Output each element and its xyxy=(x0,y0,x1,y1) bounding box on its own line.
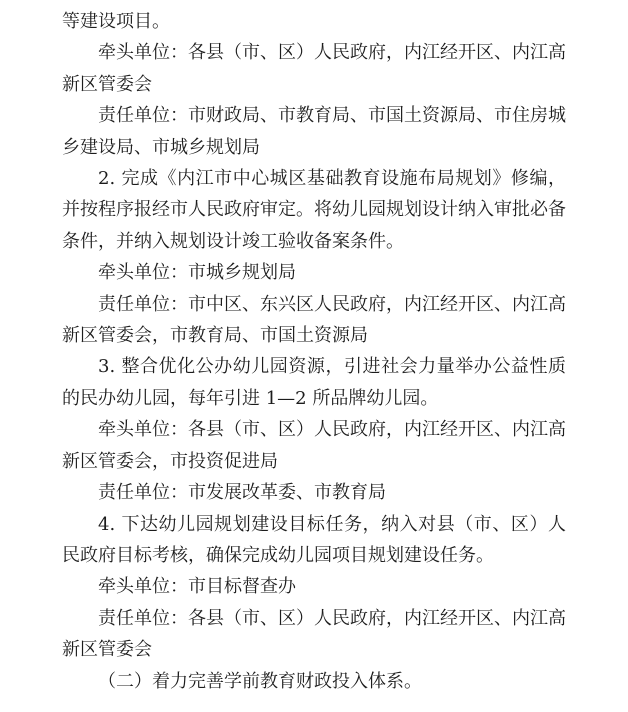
document-text-block: 等建设项目。 牵头单位：各县（市、区）人民政府，内江经开区、内江高新区管委会 责… xyxy=(62,6,566,697)
paragraph-responsible-unit: 责任单位：市财政局、市教育局、市国土资源局、市住房城乡建设局、市城乡规划局 xyxy=(62,100,566,163)
paragraph-item-4: 4. 下达幼儿园规划建设目标任务，纳入对县（市、区）人民政府目标考核，确保完成幼… xyxy=(62,509,566,572)
paragraph-lead-unit: 牵头单位：市目标督查办 xyxy=(62,571,566,602)
paragraph-item-2: 2. 完成《内江市中心城区基础教育设施布局规划》修编，并按程序报经市人民政府审定… xyxy=(62,163,566,257)
section-heading: （二）着力完善学前教育财政投入体系。 xyxy=(62,666,566,697)
paragraph-continuation: 等建设项目。 xyxy=(62,6,566,37)
paragraph-responsible-unit: 责任单位：市中区、东兴区人民政府，内江经开区、内江高新区管委会，市教育局、市国土… xyxy=(62,289,566,352)
paragraph-lead-unit: 牵头单位：各县（市、区）人民政府，内江经开区、内江高新区管委会 xyxy=(62,37,566,100)
paragraph-responsible-unit: 责任单位：各县（市、区）人民政府，内江经开区、内江高新区管委会 xyxy=(62,603,566,666)
document-page: 等建设项目。 牵头单位：各县（市、区）人民政府，内江经开区、内江高新区管委会 责… xyxy=(0,0,628,712)
paragraph-item-3: 3. 整合优化公办幼儿园资源，引进社会力量举办公益性质的民办幼儿园，每年引进 1… xyxy=(62,351,566,414)
paragraph-responsible-unit: 责任单位：市发展改革委、市教育局 xyxy=(62,477,566,508)
paragraph-lead-unit: 牵头单位：各县（市、区）人民政府，内江经开区、内江高新区管委会，市投资促进局 xyxy=(62,414,566,477)
paragraph-lead-unit: 牵头单位：市城乡规划局 xyxy=(62,257,566,288)
